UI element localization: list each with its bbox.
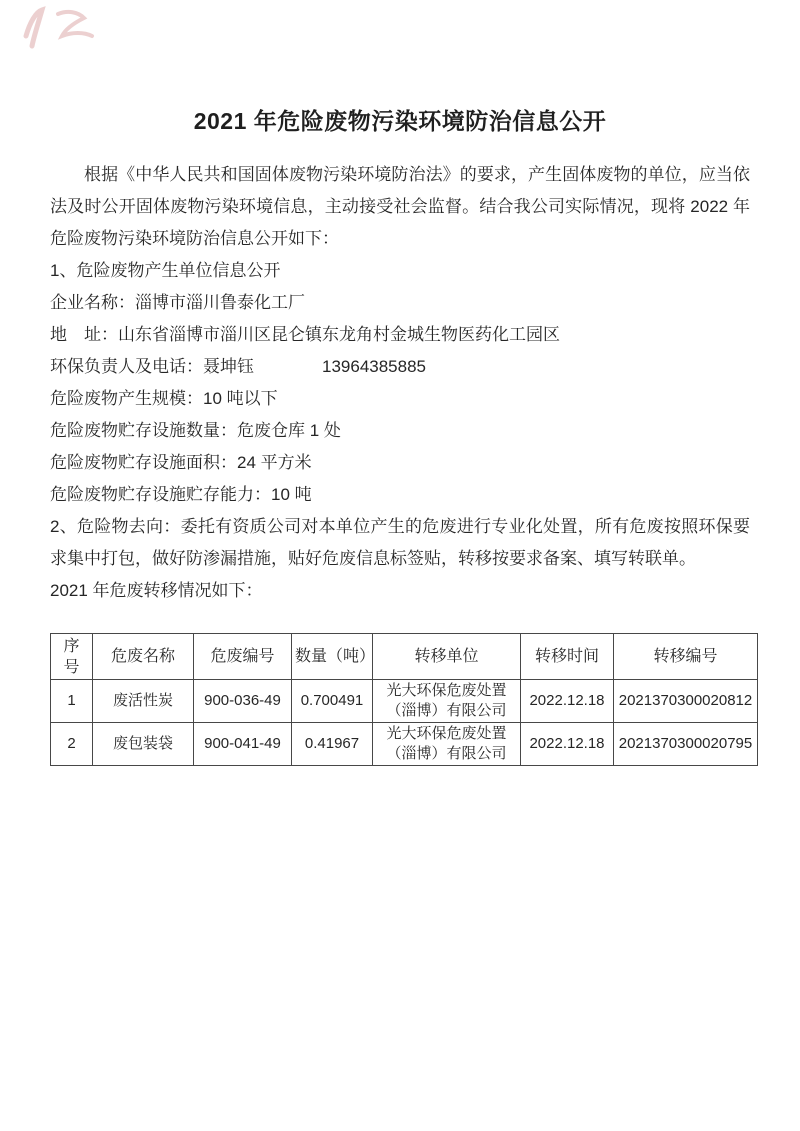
table-cell: 光大环保危废处置（淄博）有限公司 [373, 723, 521, 766]
document-page: 2021 年危险废物污染环境防治信息公开 根据《中华人民共和国固体废物污染环境防… [0, 0, 800, 1131]
transfer-intro-line: 2021 年危废转移情况如下： [50, 575, 750, 607]
table-cell: 2021370300020812 [614, 680, 758, 723]
unit-info-lines: 企业名称：淄博市淄川鲁泰化工厂地 址：山东省淄博市淄川区昆仑镇东龙角村金城生物医… [50, 287, 750, 511]
table-header-cell: 危废名称 [93, 634, 194, 680]
table-header-cell: 数量（吨） [292, 634, 373, 680]
transfer-table-head: 序号危废名称危废编号数量（吨）转移单位转移时间转移编号 [51, 634, 758, 680]
table-row: 1废活性炭900-036-490.700491光大环保危废处置（淄博）有限公司2… [51, 680, 758, 723]
table-cell: 2 [51, 723, 93, 766]
table-row: 2废包装袋900-041-490.41967光大环保危废处置（淄博）有限公司20… [51, 723, 758, 766]
info-line: 企业名称：淄博市淄川鲁泰化工厂 [50, 287, 750, 319]
table-header-cell: 危废编号 [194, 634, 292, 680]
section1-heading: 1、危险废物产生单位信息公开 [50, 255, 750, 287]
info-line: 危险废物贮存设施数量：危废仓库 1 处 [50, 415, 750, 447]
table-cell: 900-036-49 [194, 680, 292, 723]
document-body: 根据《中华人民共和国固体废物污染环境防治法》的要求，产生固体废物的单位，应当依法… [50, 159, 750, 766]
transfer-table-body: 1废活性炭900-036-490.700491光大环保危废处置（淄博）有限公司2… [51, 680, 758, 766]
section2-paragraph: 2、危险物去向：委托有资质公司对本单位产生的危废进行专业化处置，所有危废按照环保… [50, 511, 750, 575]
table-cell: 0.41967 [292, 723, 373, 766]
table-cell: 光大环保危废处置（淄博）有限公司 [373, 680, 521, 723]
table-cell: 2022.12.18 [521, 723, 614, 766]
table-cell: 废包装袋 [93, 723, 194, 766]
table-cell: 900-041-49 [194, 723, 292, 766]
table-cell: 2021370300020795 [614, 723, 758, 766]
info-line: 危险废物产生规模：10 吨以下 [50, 383, 750, 415]
table-cell: 2022.12.18 [521, 680, 614, 723]
info-line: 地 址：山东省淄博市淄川区昆仑镇东龙角村金城生物医药化工园区 [50, 319, 750, 351]
page-title: 2021 年危险废物污染环境防治信息公开 [50, 0, 750, 136]
table-header-row: 序号危废名称危废编号数量（吨）转移单位转移时间转移编号 [51, 634, 758, 680]
table-header-cell: 序号 [51, 634, 93, 680]
table-header-cell: 转移编号 [614, 634, 758, 680]
table-cell: 废活性炭 [93, 680, 194, 723]
transfer-table: 序号危废名称危废编号数量（吨）转移单位转移时间转移编号 1废活性炭900-036… [50, 633, 758, 766]
info-line: 环保负责人及电话：聂坤钰 13964385885 [50, 351, 750, 383]
red-pen-marks-icon [18, 2, 108, 52]
table-cell: 1 [51, 680, 93, 723]
table-cell: 0.700491 [292, 680, 373, 723]
info-line: 危险废物贮存设施面积：24 平方米 [50, 447, 750, 479]
intro-paragraph: 根据《中华人民共和国固体废物污染环境防治法》的要求，产生固体废物的单位，应当依法… [50, 159, 750, 255]
info-line: 危险废物贮存设施贮存能力：10 吨 [50, 479, 750, 511]
table-header-cell: 转移时间 [521, 634, 614, 680]
table-header-cell: 转移单位 [373, 634, 521, 680]
